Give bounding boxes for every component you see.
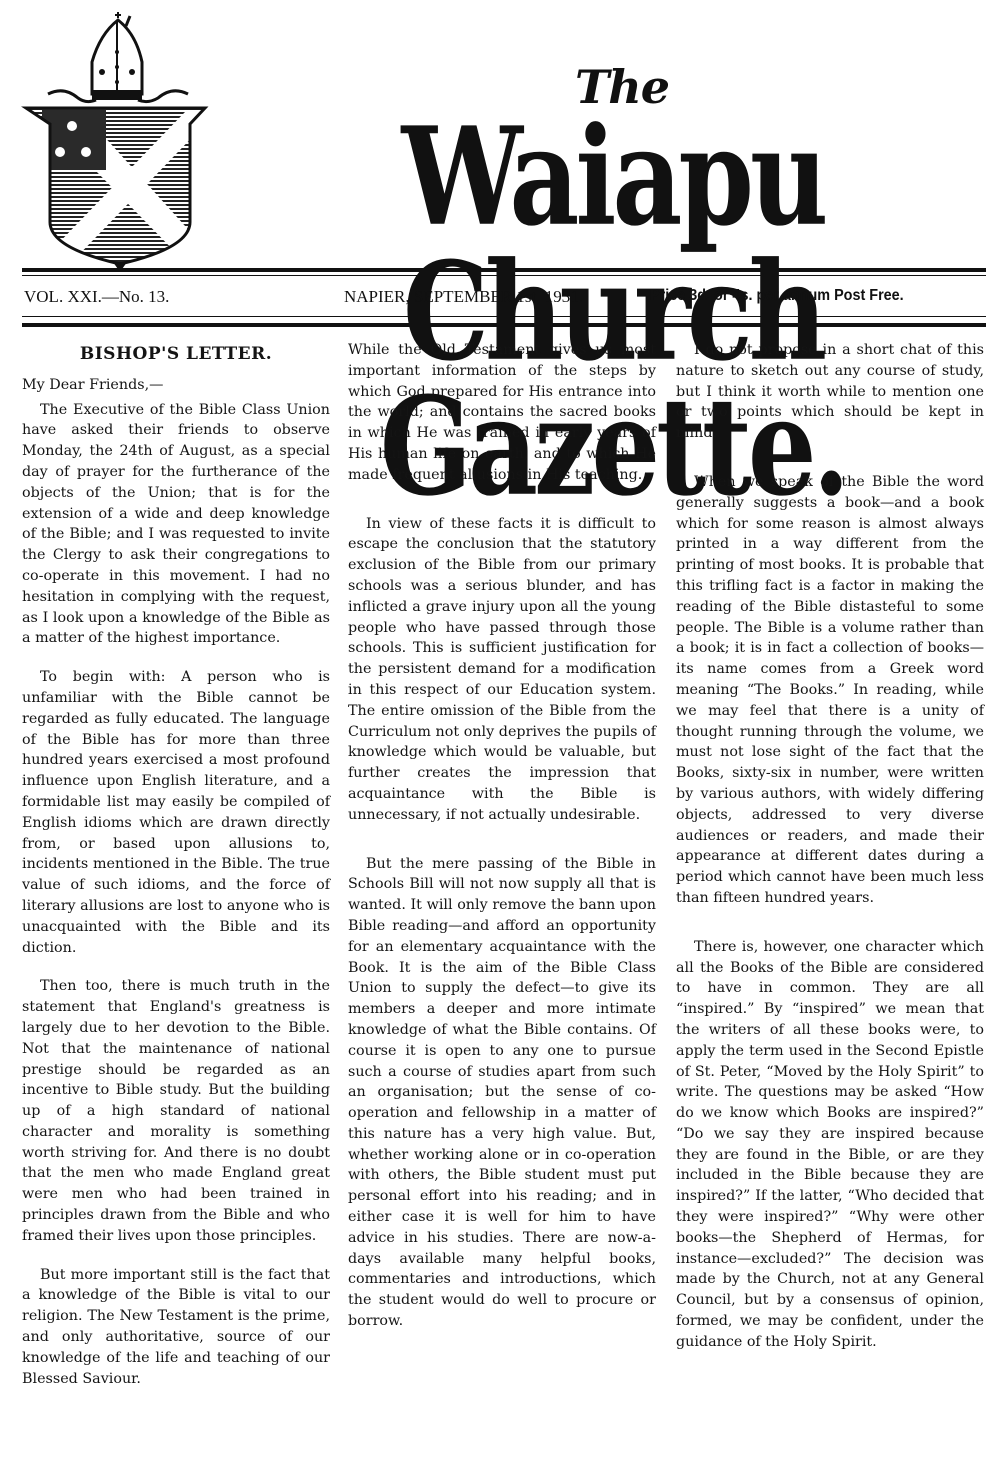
- paragraph: In view of these facts it is difficult t…: [348, 514, 656, 826]
- rule-divider: [22, 268, 986, 272]
- greeting: My Dear Friends,—: [22, 375, 330, 396]
- article-column-3: I do not propose in a short chat of this…: [676, 340, 984, 1371]
- paragraph: While the Old Testament gives us most im…: [348, 340, 656, 486]
- rule-divider: [22, 323, 986, 327]
- paragraph: But the mere passing of the Bible in Sch…: [348, 854, 656, 1332]
- paragraph: To begin with: A person who is unfamilia…: [22, 667, 330, 958]
- dateline: VOL. XXI.—No. 13. NAPIER, SEPTEMBER 1st,…: [24, 287, 984, 311]
- rule-divider: [22, 316, 986, 317]
- price: Price 3d. or 4s. per annum Post Free.: [650, 287, 904, 305]
- paragraph: Then too, there is much truth in the sta…: [22, 976, 330, 1246]
- place-date: NAPIER, SEPTEMBER 1st, 1931.: [344, 287, 583, 307]
- volume-number: VOL. XXI.—No. 13.: [24, 287, 169, 307]
- article-column-1: BISHOP'S LETTER. My Dear Friends,— The E…: [22, 338, 330, 1407]
- masthead: The Waiapu Church Gazette.: [0, 0, 1000, 272]
- rule-divider: [22, 275, 986, 276]
- paragraph: But more important still is the fact tha…: [22, 1265, 330, 1390]
- paragraph: There is, however, one character which a…: [676, 937, 984, 1353]
- article-column-2: While the Old Testament gives us most im…: [348, 340, 656, 1350]
- article-heading: BISHOP'S LETTER.: [22, 344, 330, 365]
- paragraph: I do not propose in a short chat of this…: [676, 340, 984, 444]
- diocesan-crest-icon: [20, 12, 220, 274]
- paragraph: The Executive of the Bible Class Union h…: [22, 400, 330, 650]
- paragraph: When we speak of the Bible the word gene…: [676, 472, 984, 909]
